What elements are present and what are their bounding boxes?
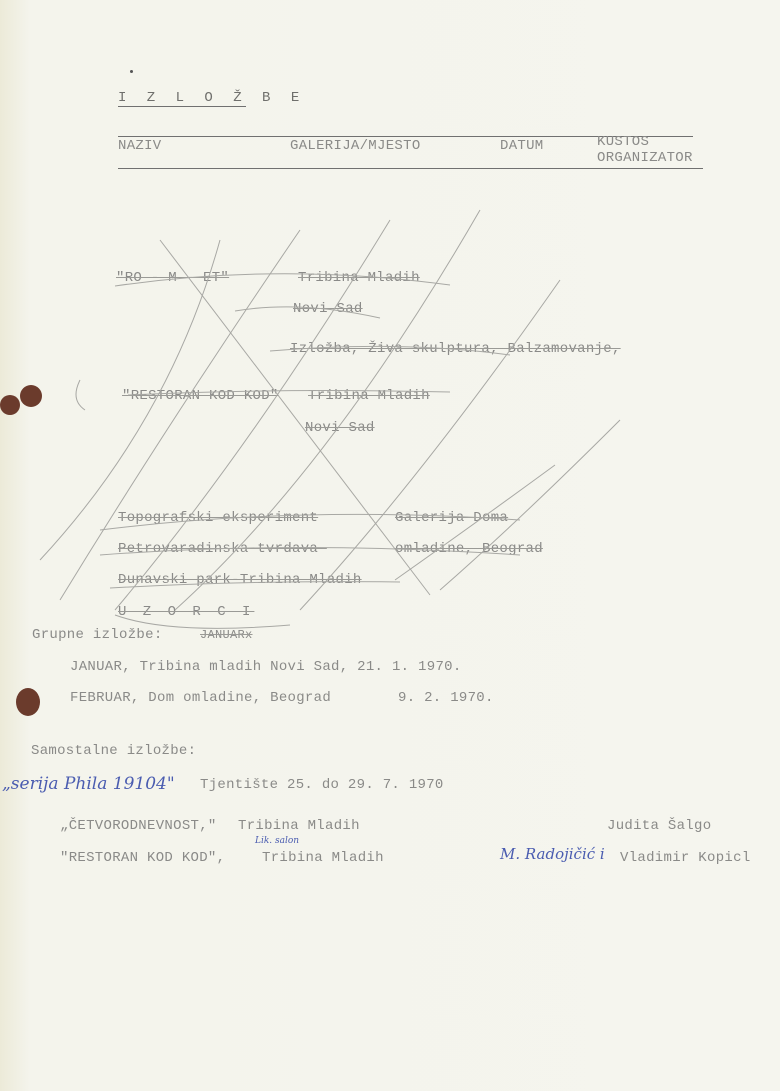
entry-restoran-venue: Tribina Mladih [308, 388, 430, 404]
entry-restoran-city: Novi Sad [305, 420, 375, 436]
entry-romet-note: Izložba, Živa skulptura, Balzamovanje, [290, 341, 621, 357]
stray-mark [130, 70, 133, 73]
uzorci-heading: U Z O R C I [118, 604, 254, 620]
entry-romet-venue: Tribina Mladih [298, 270, 420, 286]
group-item-februar: FEBRUAR, Dom omladine, Beograd [70, 690, 331, 706]
column-header-kustos: KUSTOS [597, 134, 649, 150]
solo-item-venue: Tribina Mladih [238, 818, 360, 834]
punch-hole [20, 385, 42, 407]
solo-item-title: „ČETVORODNEVNOST," [60, 818, 217, 834]
entry-romet-city: Novi Sad [293, 301, 363, 317]
handwritten-curator: M. Radojičić i [500, 845, 605, 863]
entry-topografski-venue2: omladine, Beograd [395, 541, 543, 557]
column-header-datum: DATUM [500, 138, 544, 154]
page-title: I Z L O Ž B E [118, 90, 305, 106]
entry-romet-title: "RO - M - ET" [116, 270, 229, 286]
solo-item-title: "RESTORAN KOD KOD", [60, 850, 225, 866]
punch-hole [16, 688, 40, 716]
entry-topografski-line3: Dunavski park-Tribina Mladih [118, 572, 362, 588]
entry-topografski-venue1: Galerija Doma [395, 510, 508, 526]
group-item-februar-date: 9. 2. 1970. [398, 690, 494, 706]
header-bottom-rule [118, 168, 703, 169]
tjentiste-line: Tjentište 25. do 29. 7. 1970 [200, 777, 444, 793]
solo-item-curator: Vladimir Kopicl [620, 850, 751, 866]
solo-item-venue: Tribina Mladih [262, 850, 384, 866]
entry-topografski-line2: Petrovaradinska tvrdava- [118, 541, 327, 557]
solo-item-curator: Judita Šalgo [607, 818, 711, 834]
column-header-galerija: GALERIJA/MJESTO [290, 138, 421, 154]
title-underline [118, 106, 246, 107]
entry-restoran-title: "RESTORAN KOD KOD" [122, 388, 279, 404]
struck-word: JANUARx [200, 627, 253, 643]
handwritten-series-note: „serija Phila 19104" [2, 774, 175, 794]
column-header-organizator: ORGANIZATOR [597, 150, 693, 166]
entry-topografski-line1: Topografski eksperiment [118, 510, 318, 526]
handwritten-insert: Lik. salon [255, 836, 299, 846]
punch-hole [0, 395, 20, 415]
group-item-januar: JANUAR, Tribina mladih Novi Sad, 21. 1. … [70, 659, 462, 675]
group-exhibitions-label: Grupne izložbe: [32, 627, 163, 643]
column-header-naziv: NAZIV [118, 138, 162, 154]
solo-exhibitions-label: Samostalne izložbe: [31, 743, 196, 759]
